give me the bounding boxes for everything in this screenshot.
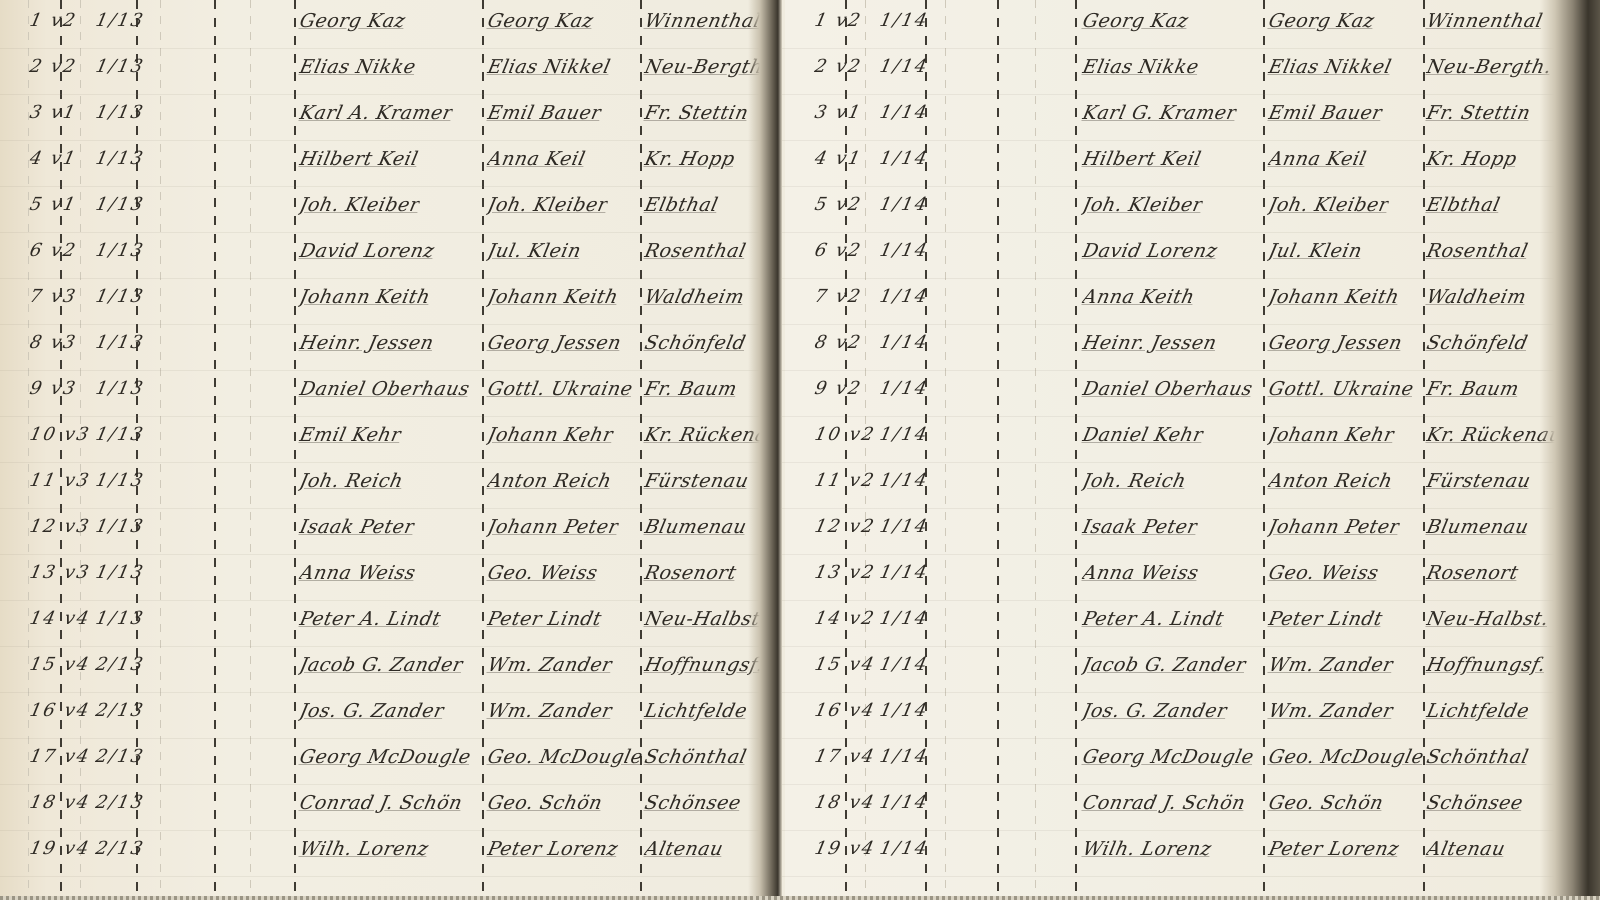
entry-code: 2/13	[94, 838, 147, 859]
entry-number: 19 v4	[813, 838, 878, 859]
ledger-row: 4 v11/13Hilbert KeilAnna KeilKr. Hopp	[0, 140, 785, 187]
place-name: Fr. Stettin	[643, 102, 751, 124]
person-name: Wilh. Lorenz	[1081, 838, 1214, 860]
entry-number: 16 v4	[28, 700, 93, 721]
person-name: Joh. Kleiber	[1081, 194, 1205, 216]
person-name: Conrad J. Schön	[1081, 792, 1248, 814]
ledger-row: 12 v21/14Isaak PeterJohann PeterBlumenau	[785, 508, 1600, 555]
parent-name: Geo. Schön	[1267, 792, 1386, 814]
entry-number: 5 v2	[813, 194, 864, 215]
place-name: Rosenthal	[1425, 240, 1530, 262]
entry-code: 1/14	[878, 424, 931, 445]
place-name: Rosenort	[643, 562, 739, 584]
person-name: Joh. Reich	[298, 470, 406, 492]
ledger-row: 17 v42/13Georg McDougleGeo. McDougleSchö…	[0, 738, 785, 785]
place-name: Lichtfelde	[1425, 700, 1532, 722]
person-name: Wilh. Lorenz	[298, 838, 431, 860]
entry-number: 18 v4	[28, 792, 93, 813]
parent-name: Georg Jessen	[486, 332, 624, 354]
entry-number: 2 v2	[813, 56, 864, 77]
parent-name: Anton Reich	[486, 470, 614, 492]
parent-name: Gottl. Ukraine	[1267, 378, 1416, 400]
place-name: Rosenort	[1425, 562, 1521, 584]
left-ledger-page: 1 v21/13Georg KazGeorg KazWinnenthal2 v2…	[0, 0, 785, 900]
parent-name: Geo. Weiss	[486, 562, 600, 584]
entry-code: 1/13	[94, 608, 147, 629]
parent-name: Geo. McDougle	[1267, 746, 1426, 768]
entry-code: 1/14	[878, 470, 931, 491]
entry-code: 1/13	[94, 102, 147, 123]
ledger-row: 17 v41/14Georg McDougleGeo. McDougleSchö…	[785, 738, 1600, 785]
place-name: Altenau	[643, 838, 726, 860]
entry-code: 1/14	[878, 332, 931, 353]
entry-number: 12 v3	[28, 516, 93, 537]
ledger-row: 10 v31/13Emil KehrJohann KehrKr. Rückena…	[0, 416, 785, 463]
parent-name: Peter Lorenz	[1267, 838, 1401, 860]
entry-code: 1/14	[878, 194, 931, 215]
person-name: Joh. Kleiber	[298, 194, 422, 216]
entry-code: 1/13	[94, 10, 147, 31]
place-name: Schönsee	[1425, 792, 1525, 814]
entry-code: 1/14	[878, 792, 931, 813]
person-name: Heinr. Jessen	[1081, 332, 1219, 354]
parent-name: Wm. Zander	[1267, 654, 1396, 676]
entry-number: 10 v3	[28, 424, 93, 445]
parent-name: Elias Nikkel	[486, 56, 613, 78]
place-name: Fürstenau	[1425, 470, 1533, 492]
entry-code: 1/14	[878, 148, 931, 169]
entry-number: 8 v2	[813, 332, 864, 353]
entry-number: 4 v1	[28, 148, 79, 169]
entry-code: 2/13	[94, 654, 147, 675]
entry-number: 17 v4	[813, 746, 878, 767]
parent-name: Elias Nikkel	[1267, 56, 1394, 78]
ledger-row: 6 v21/14David LorenzJul. KleinRosenthal	[785, 232, 1600, 279]
entry-number: 3 v1	[813, 102, 864, 123]
ledger-row: 13 v21/14Anna WeissGeo. WeissRosenort	[785, 554, 1600, 601]
place-name: Fr. Baum	[643, 378, 739, 400]
person-name: Georg McDougle	[298, 746, 473, 768]
person-name: Hilbert Keil	[1081, 148, 1204, 170]
entry-number: 13 v2	[813, 562, 878, 583]
parent-name: Johann Keith	[486, 286, 621, 308]
scan-bottom-edge	[0, 896, 1600, 900]
entry-code: 1/14	[878, 654, 931, 675]
person-name: Daniel Kehr	[1081, 424, 1206, 446]
person-name: Emil Kehr	[298, 424, 404, 446]
ledger-row: 2 v21/13Elias NikkeElias NikkelNeu-Bergt…	[0, 48, 785, 95]
place-name: Blumenau	[643, 516, 749, 538]
ledger-row: 8 v21/14Heinr. JessenGeorg JessenSchönfe…	[785, 324, 1600, 371]
person-name: Heinr. Jessen	[298, 332, 436, 354]
parent-name: Wm. Zander	[486, 700, 615, 722]
person-name: Daniel Oberhaus	[298, 378, 472, 400]
parent-name: Joh. Kleiber	[486, 194, 610, 216]
book-gutter-shadow	[1540, 0, 1600, 900]
person-name: Joh. Reich	[1081, 470, 1189, 492]
entry-code: 1/14	[878, 378, 931, 399]
parent-name: Emil Bauer	[486, 102, 604, 124]
person-name: Anna Weiss	[1081, 562, 1201, 584]
parent-name: Georg Jessen	[1267, 332, 1405, 354]
entry-code: 1/13	[94, 516, 147, 537]
entry-number: 4 v1	[813, 148, 864, 169]
person-name: Anna Weiss	[298, 562, 418, 584]
place-name: Fr. Baum	[1425, 378, 1521, 400]
place-name: Hoffnungsf.	[1425, 654, 1548, 676]
place-name: Kr. Hopp	[643, 148, 737, 170]
parent-name: Wm. Zander	[1267, 700, 1396, 722]
person-name: Peter A. Lindt	[298, 608, 443, 630]
place-name: Kr. Hopp	[1425, 148, 1519, 170]
parent-name: Johann Peter	[486, 516, 621, 538]
entry-number: 1 v2	[28, 10, 79, 31]
parent-name: Anton Reich	[1267, 470, 1395, 492]
entry-number: 6 v2	[813, 240, 864, 261]
entry-code: 2/13	[94, 700, 147, 721]
person-name: Georg Kaz	[1081, 10, 1191, 32]
person-name: Jacob G. Zander	[1081, 654, 1248, 676]
parent-name: Georg Kaz	[1267, 10, 1377, 32]
parent-name: Geo. Schön	[486, 792, 605, 814]
entry-number: 9 v3	[28, 378, 79, 399]
entry-code: 1/14	[878, 102, 931, 123]
entry-code: 1/14	[878, 240, 931, 261]
entry-code: 1/13	[94, 286, 147, 307]
place-name: Winnenthal	[1425, 10, 1545, 32]
parent-name: Jul. Klein	[1267, 240, 1365, 262]
place-name: Waldheim	[1425, 286, 1529, 308]
parent-name: Jul. Klein	[486, 240, 584, 262]
entry-number: 2 v2	[28, 56, 79, 77]
ledger-row: 19 v42/13Wilh. LorenzPeter LorenzAltenau	[0, 830, 785, 877]
entry-code: 1/13	[94, 332, 147, 353]
entry-number: 3 v1	[28, 102, 79, 123]
place-name: Elbthal	[643, 194, 721, 216]
place-name: Neu-Halbst.	[1425, 608, 1551, 630]
ledger-row: 11 v31/13Joh. ReichAnton ReichFürstenau	[0, 462, 785, 509]
entry-number: 11 v2	[813, 470, 878, 491]
person-name: Anna Keith	[1081, 286, 1197, 308]
ledger-row: 16 v42/13Jos. G. ZanderWm. ZanderLichtfe…	[0, 692, 785, 739]
parent-name: Peter Lindt	[1267, 608, 1385, 630]
ledger-row: 9 v21/14Daniel OberhausGottl. UkraineFr.…	[785, 370, 1600, 417]
parent-name: Anna Keil	[486, 148, 588, 170]
entry-code: 1/13	[94, 240, 147, 261]
person-name: Elias Nikke	[298, 56, 418, 78]
person-name: Jacob G. Zander	[298, 654, 465, 676]
ledger-row: 18 v41/14Conrad J. SchönGeo. SchönSchöns…	[785, 784, 1600, 831]
ledger-row: 15 v41/14Jacob G. ZanderWm. ZanderHoffnu…	[785, 646, 1600, 693]
entry-code: 1/14	[878, 608, 931, 629]
place-name: Elbthal	[1425, 194, 1503, 216]
entry-number: 15 v4	[28, 654, 93, 675]
entry-number: 8 v3	[28, 332, 79, 353]
place-name: Altenau	[1425, 838, 1508, 860]
ledger-row: 7 v31/13Johann KeithJohann KeithWaldheim	[0, 278, 785, 325]
parent-name: Joh. Kleiber	[1267, 194, 1391, 216]
ledger-row: 3 v11/13Karl A. KramerEmil BauerFr. Stet…	[0, 94, 785, 141]
ledger-row: 4 v11/14Hilbert KeilAnna KeilKr. Hopp	[785, 140, 1600, 187]
ledger-row: 2 v21/14Elias NikkeElias NikkelNeu-Bergt…	[785, 48, 1600, 95]
entry-number: 1 v2	[813, 10, 864, 31]
parent-name: Johann Kehr	[1267, 424, 1397, 446]
ledger-row: 10 v21/14Daniel KehrJohann KehrKr. Rücke…	[785, 416, 1600, 463]
parent-name: Geo. Weiss	[1267, 562, 1381, 584]
entry-code: 1/14	[878, 56, 931, 77]
parent-name: Wm. Zander	[486, 654, 615, 676]
entry-number: 18 v4	[813, 792, 878, 813]
entry-number: 11 v3	[28, 470, 93, 491]
entry-number: 9 v2	[813, 378, 864, 399]
entry-code: 1/13	[94, 194, 147, 215]
parent-name: Anna Keil	[1267, 148, 1369, 170]
ledger-row: 18 v42/13Conrad J. SchönGeo. SchönSchöns…	[0, 784, 785, 831]
entry-number: 10 v2	[813, 424, 878, 445]
ledger-row: 14 v41/13Peter A. LindtPeter LindtNeu-Ha…	[0, 600, 785, 647]
person-name: David Lorenz	[298, 240, 437, 262]
entry-number: 12 v2	[813, 516, 878, 537]
ledger-row: 6 v21/13David LorenzJul. KleinRosenthal	[0, 232, 785, 279]
parent-name: Geo. McDougle	[486, 746, 645, 768]
parent-name: Johann Keith	[1267, 286, 1402, 308]
parent-name: Emil Bauer	[1267, 102, 1385, 124]
entry-code: 1/14	[878, 516, 931, 537]
ledger-row: 13 v31/13Anna WeissGeo. WeissRosenort	[0, 554, 785, 601]
parent-name: Peter Lorenz	[486, 838, 620, 860]
ledger-row: 8 v31/13Heinr. JessenGeorg JessenSchönfe…	[0, 324, 785, 371]
entry-number: 14 v2	[813, 608, 878, 629]
entry-code: 1/14	[878, 562, 931, 583]
parent-name: Georg Kaz	[486, 10, 596, 32]
place-name: Rosenthal	[643, 240, 748, 262]
person-name: Conrad J. Schön	[298, 792, 465, 814]
person-name: Peter A. Lindt	[1081, 608, 1226, 630]
entry-code: 1/14	[878, 700, 931, 721]
entry-code: 2/13	[94, 746, 147, 767]
place-name: Winnenthal	[643, 10, 763, 32]
entry-number: 16 v4	[813, 700, 878, 721]
ledger-row: 5 v21/14Joh. KleiberJoh. KleiberElbthal	[785, 186, 1600, 233]
parent-name: Johann Peter	[1267, 516, 1402, 538]
entry-code: 1/14	[878, 286, 931, 307]
person-name: Daniel Oberhaus	[1081, 378, 1255, 400]
place-name: Lichtfelde	[643, 700, 750, 722]
entry-code: 1/14	[878, 10, 931, 31]
ledger-row: 9 v31/13Daniel OberhausGottl. UkraineFr.…	[0, 370, 785, 417]
parent-name: Johann Kehr	[486, 424, 616, 446]
entry-number: 17 v4	[28, 746, 93, 767]
entry-code: 1/13	[94, 378, 147, 399]
entry-code: 1/14	[878, 746, 931, 767]
place-name: Schönfeld	[643, 332, 748, 354]
entry-code: 1/13	[94, 424, 147, 445]
right-ledger-page: 1 v21/14Georg KazGeorg KazWinnenthal2 v2…	[785, 0, 1600, 900]
entry-number: 19 v4	[28, 838, 93, 859]
ledger-row: 12 v31/13Isaak PeterJohann PeterBlumenau	[0, 508, 785, 555]
person-name: Georg McDougle	[1081, 746, 1256, 768]
parent-name: Gottl. Ukraine	[486, 378, 635, 400]
person-name: Jos. G. Zander	[1081, 700, 1229, 722]
entry-number: 7 v3	[28, 286, 79, 307]
place-name: Fr. Stettin	[1425, 102, 1533, 124]
entry-code: 1/13	[94, 56, 147, 77]
person-name: Hilbert Keil	[298, 148, 421, 170]
entry-number: 13 v3	[28, 562, 93, 583]
person-name: Isaak Peter	[1081, 516, 1200, 538]
ledger-row: 1 v21/13Georg KazGeorg KazWinnenthal	[0, 2, 785, 49]
person-name: Johann Keith	[298, 286, 433, 308]
place-name: Schönsee	[643, 792, 743, 814]
parent-name: Peter Lindt	[486, 608, 604, 630]
entry-number: 6 v2	[28, 240, 79, 261]
entry-code: 2/13	[94, 792, 147, 813]
person-name: David Lorenz	[1081, 240, 1220, 262]
ledger-row: 5 v11/13Joh. KleiberJoh. KleiberElbthal	[0, 186, 785, 233]
entry-code: 1/13	[94, 470, 147, 491]
book-gutter-shadow	[748, 0, 782, 900]
person-name: Karl G. Kramer	[1081, 102, 1239, 124]
place-name: Schönthal	[643, 746, 749, 768]
ledger-row: 15 v42/13Jacob G. ZanderWm. ZanderHoffnu…	[0, 646, 785, 693]
place-name: Waldheim	[643, 286, 747, 308]
ledger-row: 16 v41/14Jos. G. ZanderWm. ZanderLichtfe…	[785, 692, 1600, 739]
entry-number: 7 v2	[813, 286, 864, 307]
place-name: Neu-Bergth.	[1425, 56, 1554, 78]
entry-number: 15 v4	[813, 654, 878, 675]
ledger-row: 19 v41/14Wilh. LorenzPeter LorenzAltenau	[785, 830, 1600, 877]
place-name: Blumenau	[1425, 516, 1531, 538]
ledger-row: 3 v11/14Karl G. KramerEmil BauerFr. Stet…	[785, 94, 1600, 141]
person-name: Elias Nikke	[1081, 56, 1201, 78]
person-name: Karl A. Kramer	[298, 102, 455, 124]
person-name: Isaak Peter	[298, 516, 417, 538]
place-name: Schönthal	[1425, 746, 1531, 768]
place-name: Schönfeld	[1425, 332, 1530, 354]
ledger-row: 14 v21/14Peter A. LindtPeter LindtNeu-Ha…	[785, 600, 1600, 647]
ledger-row: 11 v21/14Joh. ReichAnton ReichFürstenau	[785, 462, 1600, 509]
ledger-row: 7 v21/14Anna KeithJohann KeithWaldheim	[785, 278, 1600, 325]
entry-code: 1/13	[94, 148, 147, 169]
entry-code: 1/13	[94, 562, 147, 583]
person-name: Georg Kaz	[298, 10, 408, 32]
entry-code: 1/14	[878, 838, 931, 859]
person-name: Jos. G. Zander	[298, 700, 446, 722]
entry-number: 5 v1	[28, 194, 79, 215]
place-name: Fürstenau	[643, 470, 751, 492]
entry-number: 14 v4	[28, 608, 93, 629]
ledger-row: 1 v21/14Georg KazGeorg KazWinnenthal	[785, 2, 1600, 49]
